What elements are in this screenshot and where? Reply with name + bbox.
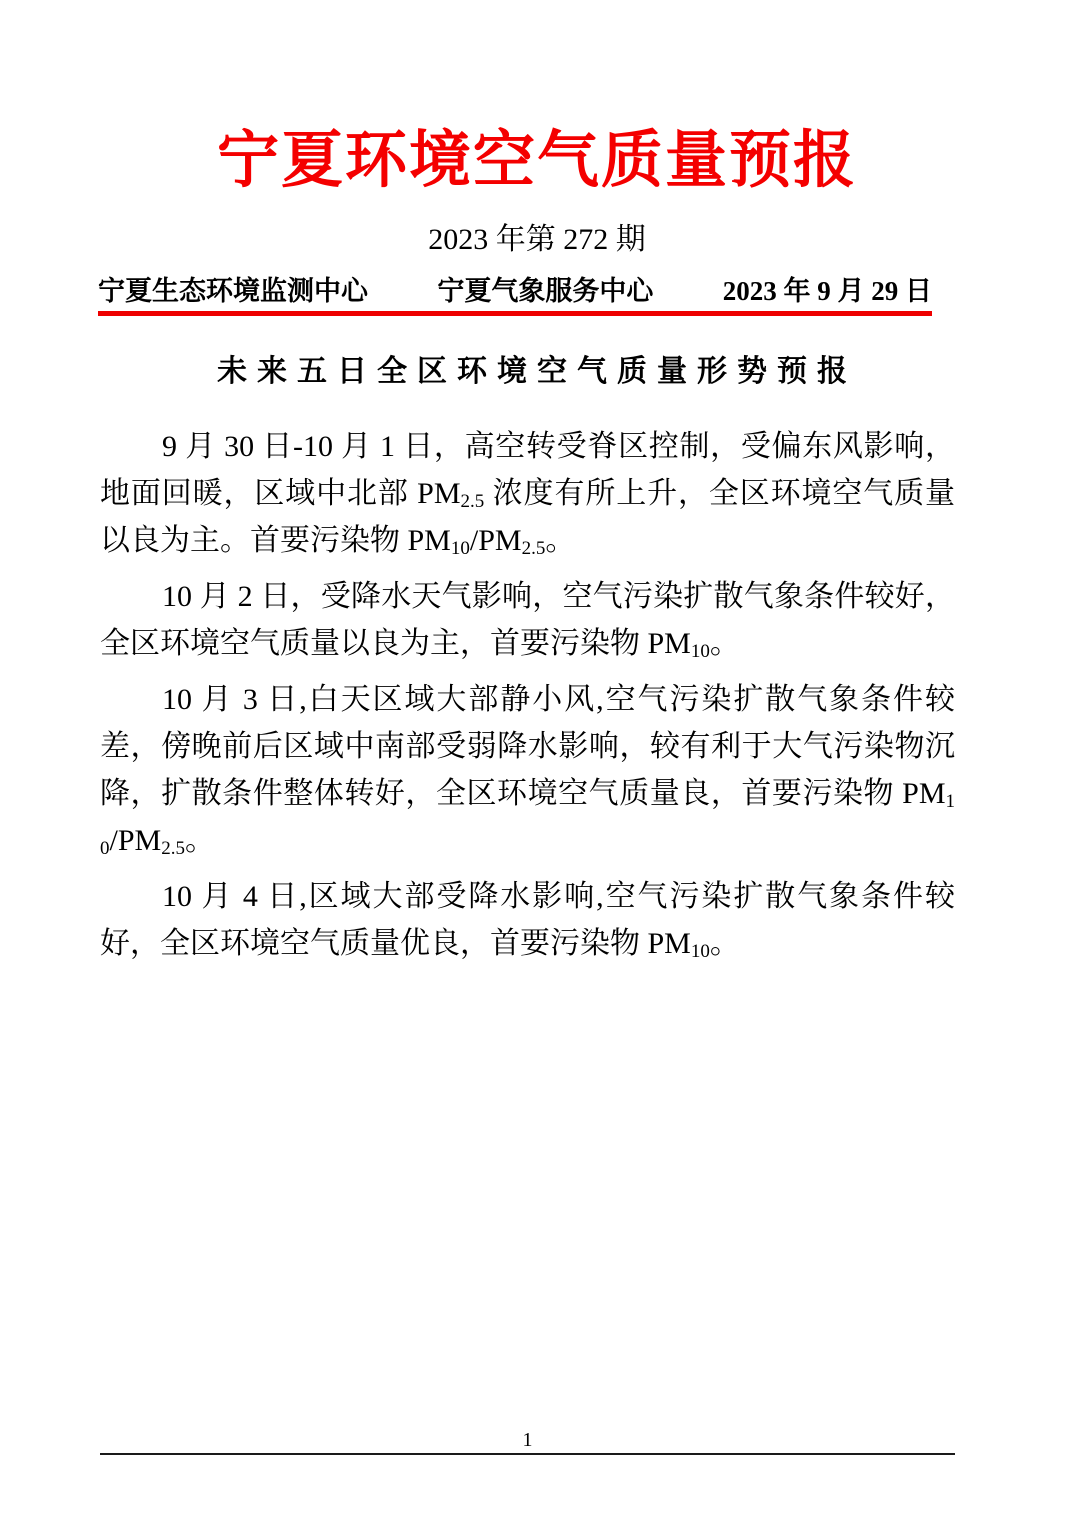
text-run: /PM [470, 524, 522, 557]
text-run: /PM [110, 824, 162, 857]
pollutant-subscript: 2.5 [161, 838, 185, 859]
body-paragraph: 10 月 4 日,区域大部受降水影响,空气污染扩散气象条件较好，全区环境空气质量… [100, 873, 955, 967]
text-run: 10 月 4 日,区域大部受降水影响,空气污染扩散气象条件较好，全区环境空气质量… [100, 880, 955, 960]
pollutant-subscript: 10 [451, 538, 470, 559]
issue-date: 2023 年 9 月 29 日 [723, 275, 932, 307]
text-run: 。 [710, 627, 740, 660]
org-weather-center: 宁夏气象服务中心 [437, 275, 653, 307]
body-paragraph: 10 月 3 日,白天区域大部静小风,空气污染扩散气象条件较差，傍晚前后区域中南… [100, 676, 955, 864]
pollutant-subscript: 10 [691, 941, 710, 962]
header-row: 宁夏生态环境监测中心 宁夏气象服务中心 2023 年 9 月 29 日 [98, 275, 932, 316]
pollutant-subscript: 2.5 [461, 491, 485, 512]
page-number: 1 [523, 1428, 533, 1453]
text-run: 。 [185, 824, 215, 857]
body-paragraph: 10 月 2 日，受降水天气影响，空气污染扩散气象条件较好，全区环境空气质量以良… [100, 573, 955, 667]
forecast-body: 9 月 30 日-10 月 1 日，高空转受脊区控制，受偏东风影响，地面回暖，区… [100, 423, 955, 967]
issue-number: 2023 年第 272 期 [0, 221, 1074, 259]
document-page: 宁夏环境空气质量预报 2023 年第 272 期 宁夏生态环境监测中心 宁夏气象… [0, 0, 1074, 1520]
document-title: 宁夏环境空气质量预报 [0, 126, 1074, 197]
text-run: 。 [710, 927, 740, 960]
text-run: 10 月 2 日，受降水天气影响，空气污染扩散气象条件较好，全区环境空气质量以良… [100, 580, 955, 660]
pollutant-subscript: 10 [691, 641, 710, 662]
pollutant-subscript: 2.5 [522, 538, 546, 559]
org-monitoring-center: 宁夏生态环境监测中心 [98, 275, 368, 307]
page-footer: 1 [100, 1428, 955, 1455]
text-run: 。 [545, 524, 575, 557]
section-title: 未来五日全区环境空气质量形势预报 [0, 353, 1074, 390]
body-paragraph: 9 月 30 日-10 月 1 日，高空转受脊区控制，受偏东风影响，地面回暖，区… [100, 423, 955, 564]
text-run: 10 月 3 日,白天区域大部静小风,空气污染扩散气象条件较差，傍晚前后区域中南… [100, 683, 955, 810]
